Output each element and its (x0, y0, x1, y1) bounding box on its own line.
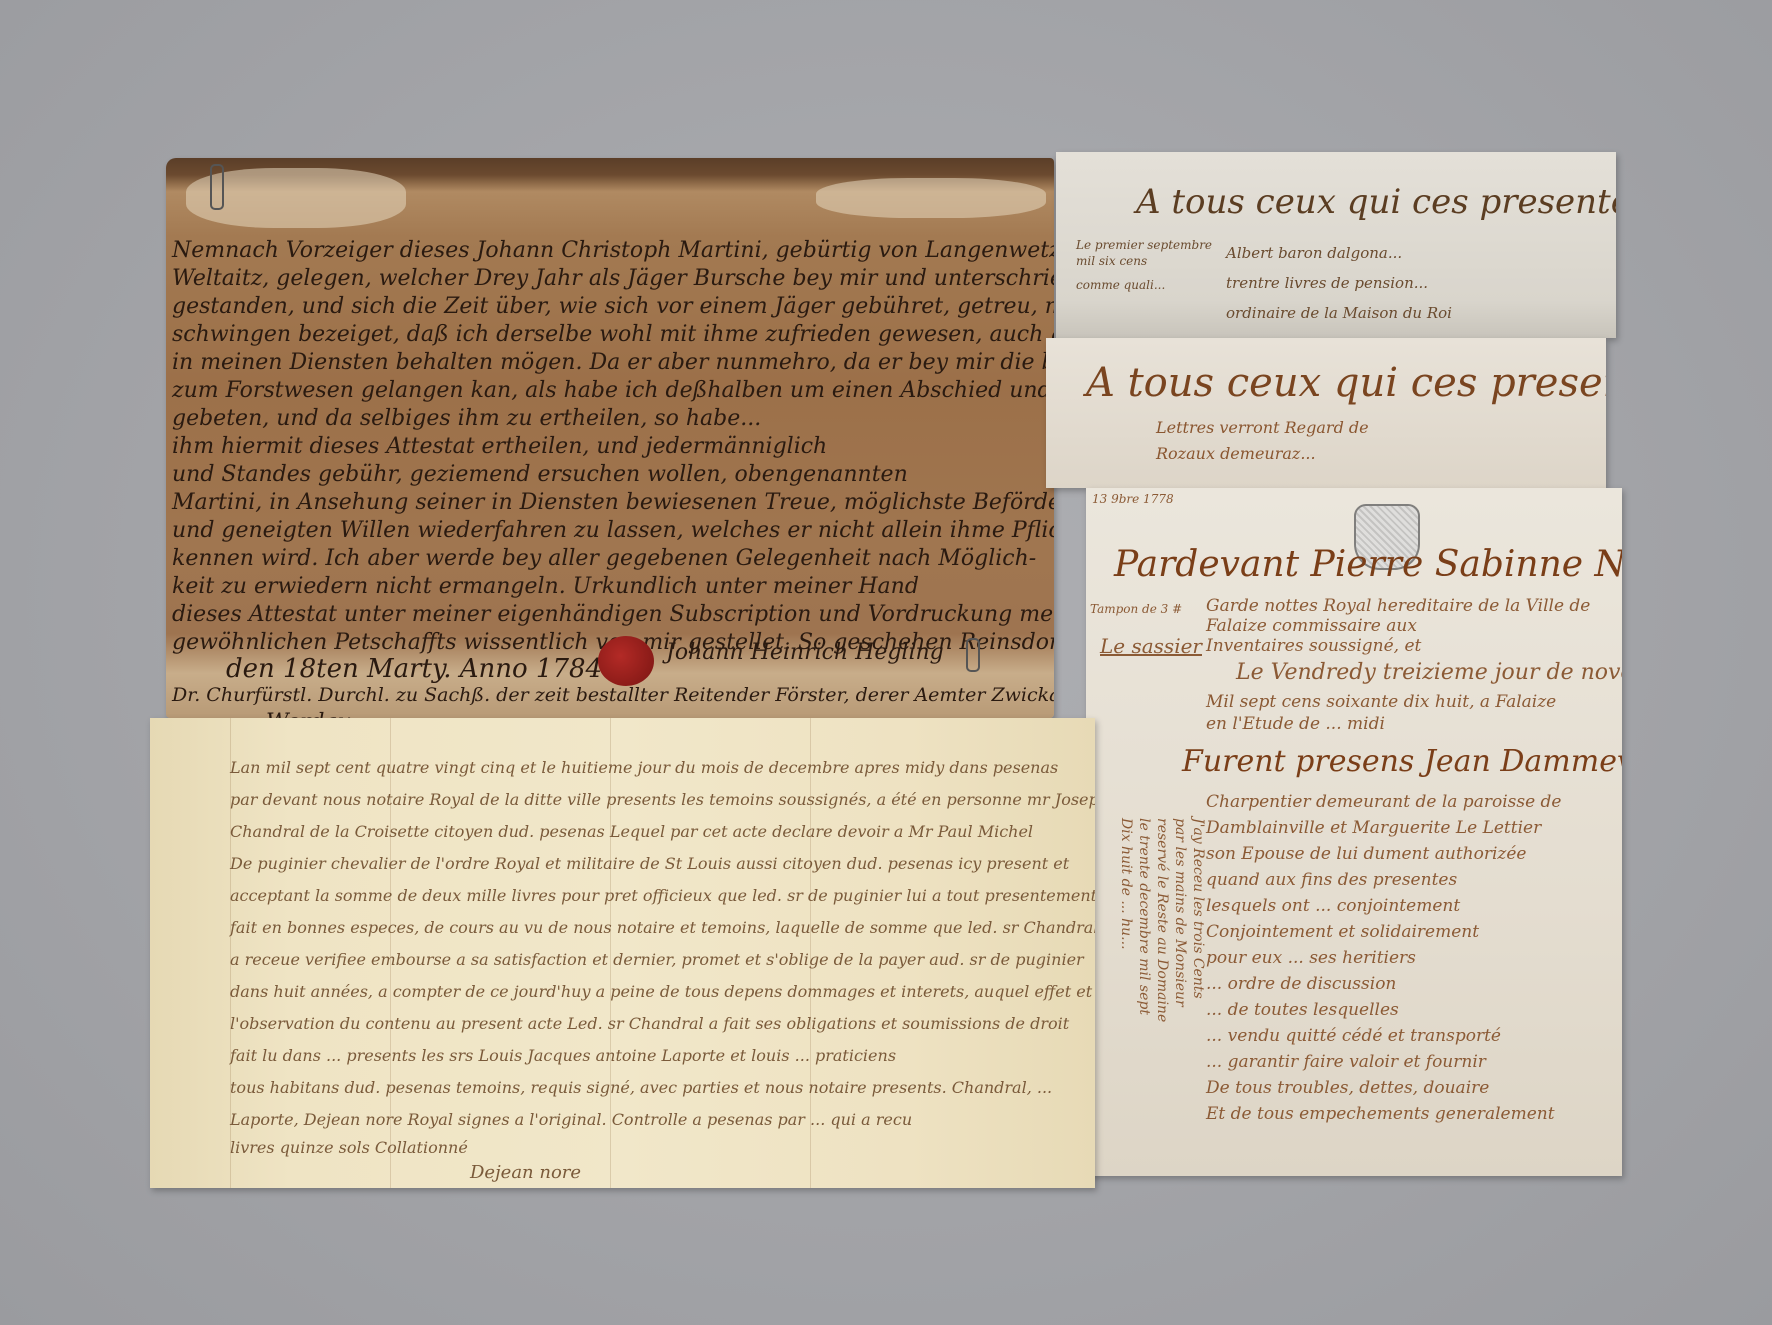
doc-line: De tous troubles, dettes, douaire (1206, 1078, 1489, 1098)
doc-line: acceptant la somme de deux mille livres … (230, 886, 1095, 905)
french-top-document: A tous ceux qui ces presentes Le premier… (1056, 152, 1616, 338)
doc-line: schwingen bezeiget, daß ich derselbe woh… (172, 322, 1054, 347)
doc-line: Conjointement et solidairement (1206, 922, 1479, 942)
doc-line: gebeten, und da selbiges ihm zu ertheile… (172, 406, 761, 431)
vertical-receipt-note: J'ay Receu les trois Cents par les mains… (1116, 818, 1226, 1158)
doc-line: Lan mil sept cent quatre vingt cinq et l… (230, 758, 1058, 777)
signature: Dejean nore (470, 1162, 581, 1183)
doc-line: tous habitans dud. pesenas temoins, requ… (230, 1078, 1052, 1097)
doc-line: Martini, in Ansehung seiner in Diensten … (172, 490, 1054, 515)
doc-line: Mil sept cens soixante dix huit, a Falai… (1206, 692, 1556, 712)
french-middle-document: A tous ceux qui ces presentes Lettres ve… (1046, 338, 1606, 488)
paper-stain (816, 178, 1046, 218)
doc-line: Chandral de la Croisette citoyen dud. pe… (230, 822, 1033, 841)
doc-line: ... vendu quitté cédé et transporté (1206, 1026, 1501, 1046)
vertical-line: J'ay Receu les trois Cents (1190, 818, 1206, 999)
doc-line: lesquels ont ... conjointement (1206, 896, 1460, 916)
doc-line: Inventaires soussigné, et (1206, 636, 1421, 656)
doc-line: son Epouse de lui dument authorizée (1206, 844, 1527, 864)
doc-line: Nemnach Vorzeiger dieses Johann Christop… (172, 238, 1054, 263)
doc-line: Werdau (266, 710, 352, 718)
doc-line: Charpentier demeurant de la paroisse de (1206, 792, 1561, 812)
doc-line: trentre livres de pension... (1226, 274, 1428, 292)
doc-line: mil six cens (1076, 254, 1147, 268)
signature: Johann Heinrich Hegling (666, 640, 944, 665)
doc-line: ihm hiermit dieses Attestat ertheilen, u… (172, 434, 827, 459)
doc-line: Albert baron dalgona... (1226, 244, 1402, 262)
german-attestation-document: Nemnach Vorzeiger dieses Johann Christop… (166, 158, 1054, 718)
doc-line: Rozaux demeuraz... (1156, 444, 1316, 463)
date-note: 13 9bre 1778 (1092, 492, 1174, 506)
vertical-line: reservé le Reste au Domaine (1154, 818, 1170, 1022)
doc-line: a receue verifiee embourse a sa satisfac… (230, 950, 1084, 969)
doc-heading: A tous ceux qui ces presentes (1136, 182, 1616, 222)
doc-line: Falaize commissaire aux (1206, 616, 1417, 636)
doc-line: ordinaire de la Maison du Roi (1226, 304, 1452, 322)
doc-line: kennen wird. Ich aber werde bey aller ge… (172, 546, 1036, 571)
doc-heading: A tous ceux qui ces presentes (1086, 360, 1606, 406)
doc-line: livres quinze sols Collationné (230, 1138, 468, 1157)
doc-line: ... garantir faire valoir et fournir (1206, 1052, 1486, 1072)
vertical-line: Dix huit de ... hu... (1118, 818, 1134, 950)
doc-date: den 18ten Marty. Anno 1784. (226, 654, 610, 684)
doc-line: Garde nottes Royal hereditaire de la Vil… (1206, 596, 1590, 616)
doc-line: Et de tous empechements generalement (1206, 1104, 1555, 1124)
doc-line: De puginier chevalier de l'ordre Royal e… (230, 854, 1069, 873)
doc-line: pour eux ... ses heritiers (1206, 948, 1416, 968)
doc-line: en l'Etude de ... midi (1206, 714, 1385, 734)
doc-line: dieses Attestat unter meiner eigenhändig… (172, 602, 1054, 627)
doc-line: l'observation du contenu au present acte… (230, 1014, 1069, 1033)
doc-line: Furent presens Jean Dammeville (1182, 744, 1622, 779)
doc-line: Damblainville et Marguerite Le Lettier (1206, 818, 1541, 838)
doc-line: ... ordre de discussion (1206, 974, 1396, 994)
doc-line: Lettres verront Regard de (1156, 418, 1369, 437)
doc-line: gestanden, und sich die Zeit über, wie s… (172, 294, 1054, 319)
doc-line: und Standes gebühr, geziemend ersuchen w… (172, 462, 908, 487)
doc-line: comme quali... (1076, 278, 1165, 292)
doc-line: Laporte, Dejean nore Royal signes a l'or… (230, 1110, 912, 1129)
doc-line: keit zu erwiedern nicht ermangeln. Urkun… (172, 574, 919, 599)
wax-seal (598, 636, 654, 686)
margin-note: Le sassier (1100, 634, 1202, 658)
french-parchment-document: Lan mil sept cent quatre vingt cinq et l… (150, 718, 1095, 1188)
doc-line: Le premier septembre (1076, 238, 1212, 252)
paperclip-icon (966, 638, 980, 672)
french-notarial-document: 13 9bre 1778 Pardevant Pierre Sabinne Nr… (1086, 488, 1622, 1176)
doc-line: ... de toutes lesquelles (1206, 1000, 1399, 1020)
doc-line: Le Vendredy treizieme jour de novembre (1236, 660, 1622, 685)
vertical-line: par les mains de Monsieur (1172, 818, 1188, 1007)
paperclip-icon (210, 164, 224, 210)
doc-line: in meinen Diensten behalten mögen. Da er… (172, 350, 1054, 375)
doc-line: fait en bonnes especes, de cours au vu d… (230, 918, 1095, 937)
doc-line: Weltaitz, gelegen, welcher Drey Jahr als… (172, 266, 1054, 291)
doc-line: zum Forstwesen gelangen kan, als habe ic… (172, 378, 1054, 403)
margin-note: Tampon de 3 # (1090, 602, 1182, 616)
doc-line: par devant nous notaire Royal de la ditt… (230, 790, 1095, 809)
doc-heading: Pardevant Pierre Sabinne Nre (1114, 544, 1622, 585)
doc-line: dans huit années, a compter de ce jourd'… (230, 982, 1095, 1001)
vertical-line: le trente decembre mil sept (1136, 818, 1152, 1015)
doc-line: Dr. Churfürstl. Durchl. zu Sachß. der ze… (172, 684, 1054, 706)
doc-line: quand aux fins des presentes (1206, 870, 1457, 890)
doc-line: und geneigten Willen wiederfahren zu las… (172, 518, 1054, 543)
doc-line: fait lu dans ... presents les srs Louis … (230, 1046, 896, 1065)
